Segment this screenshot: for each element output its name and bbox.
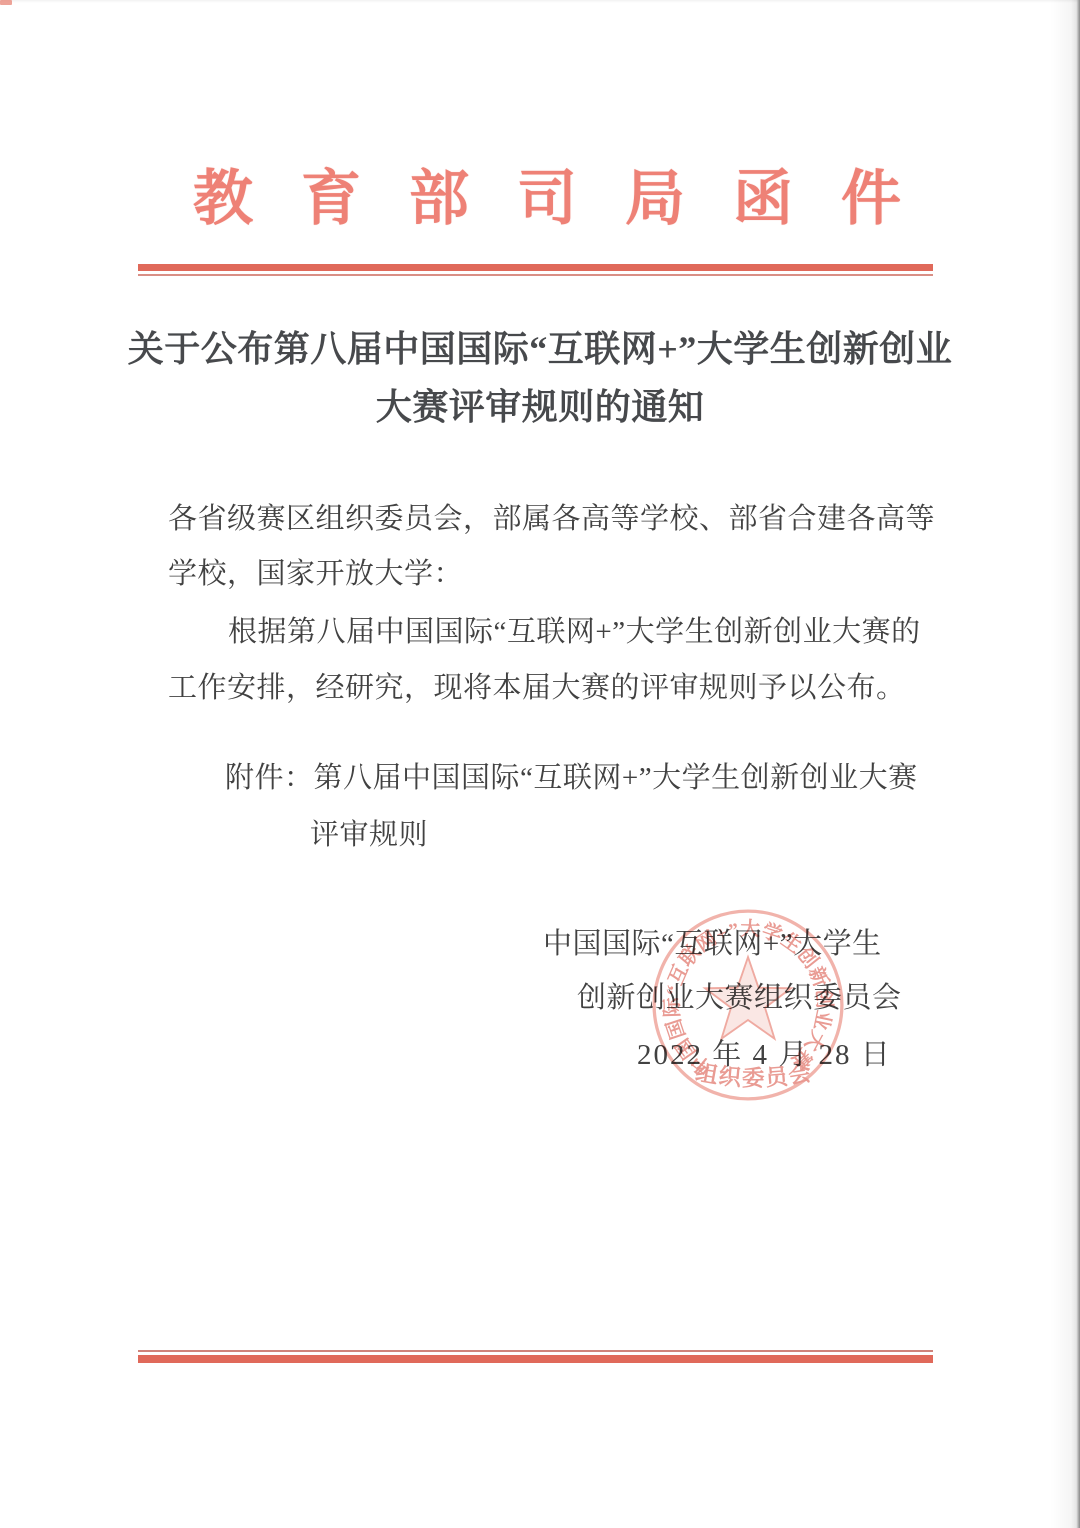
scan-artifact-speck [0, 0, 12, 5]
body-paragraph-line1: 根据第八届中国国际“互联网+”大学生创新创业大赛的 [228, 615, 921, 649]
signature-org-line1: 中国国际“互联网+”大学生 [543, 927, 882, 961]
signature-date: 2022 年 4 月 28 日 [637, 1038, 892, 1072]
red-rule-thick [138, 1355, 933, 1363]
scan-edge-right [1050, 0, 1080, 1528]
attachment-line1: 附件：第八届中国国际“互联网+”大学生创新创业大赛 [225, 761, 918, 795]
red-rule-thick [138, 264, 933, 271]
document-title-line2: 大赛评审规则的通知 [0, 378, 1080, 436]
scanned-document-page: 教育部司局函件 关于公布第八届中国国际“互联网+”大学生创新创业 大赛评审规则的… [0, 0, 1080, 1528]
red-separator-top [138, 264, 933, 276]
document-title: 关于公布第八届中国国际“互联网+”大学生创新创业 大赛评审规则的通知 [0, 320, 1080, 436]
salutation-line1: 各省级赛区组织委员会，部属各高等学校、部省合建各高等 [168, 502, 935, 536]
attachment-line2: 评审规则 [310, 818, 428, 852]
scan-edge-top [0, 0, 1080, 3]
salutation-line2: 学校，国家开放大学： [168, 557, 463, 591]
signature-org-line2: 创新创业大赛组织委员会 [577, 981, 902, 1015]
red-rule-thin [138, 1350, 933, 1352]
letterhead-title: 教育部司局函件 [193, 163, 949, 235]
document-title-line1: 关于公布第八届中国国际“互联网+”大学生创新创业 [0, 320, 1080, 378]
body-paragraph-line2: 工作安排，经研究，现将本届大赛的评审规则予以公布。 [168, 671, 906, 705]
red-separator-bottom [138, 1350, 933, 1363]
red-rule-thin [138, 274, 933, 276]
